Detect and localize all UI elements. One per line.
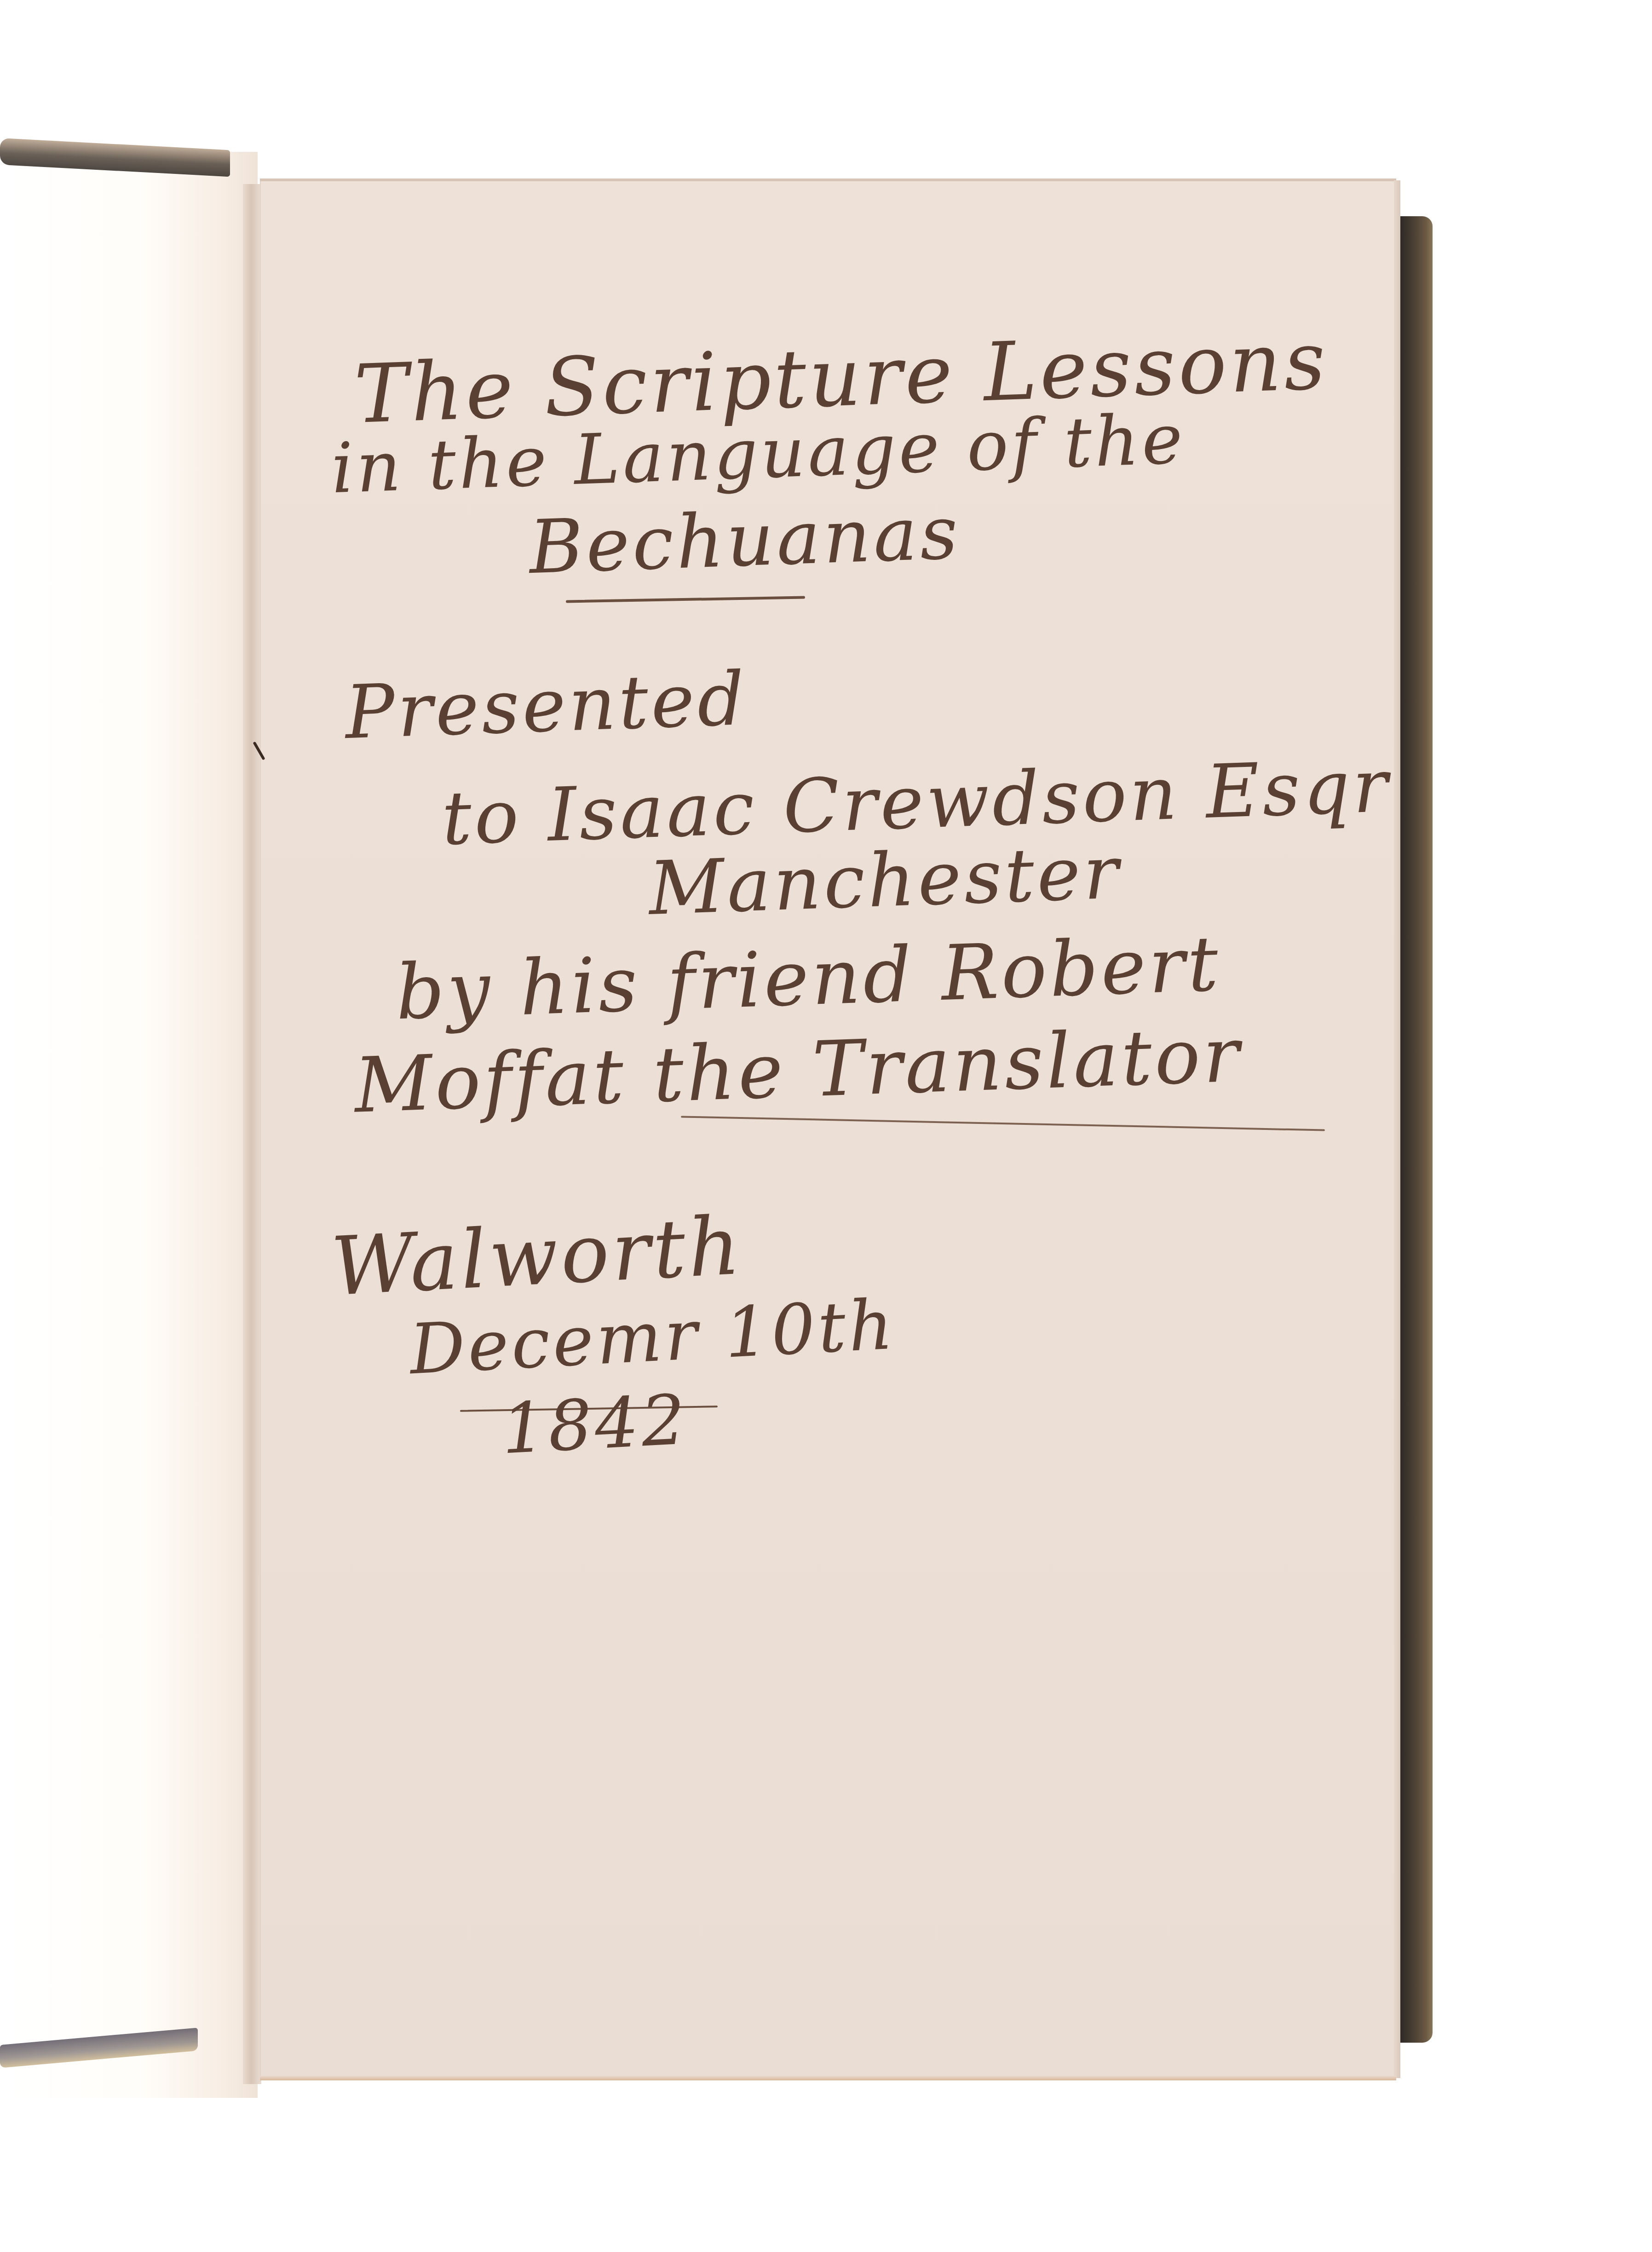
inscription-city-line: Manchester (647, 829, 1122, 932)
left-page (0, 152, 258, 2098)
inscription-title-line: Bechuanas (528, 490, 962, 591)
page-edge-right (1394, 180, 1400, 2078)
page-edge-top (260, 179, 1396, 181)
cover-edge-right (1400, 216, 1433, 2043)
book-gutter (243, 184, 261, 2084)
inscription-presented-line: Presented (344, 656, 748, 755)
inscription-year-line: 1842 (500, 1380, 690, 1470)
page-edge-bottom (260, 2076, 1396, 2080)
